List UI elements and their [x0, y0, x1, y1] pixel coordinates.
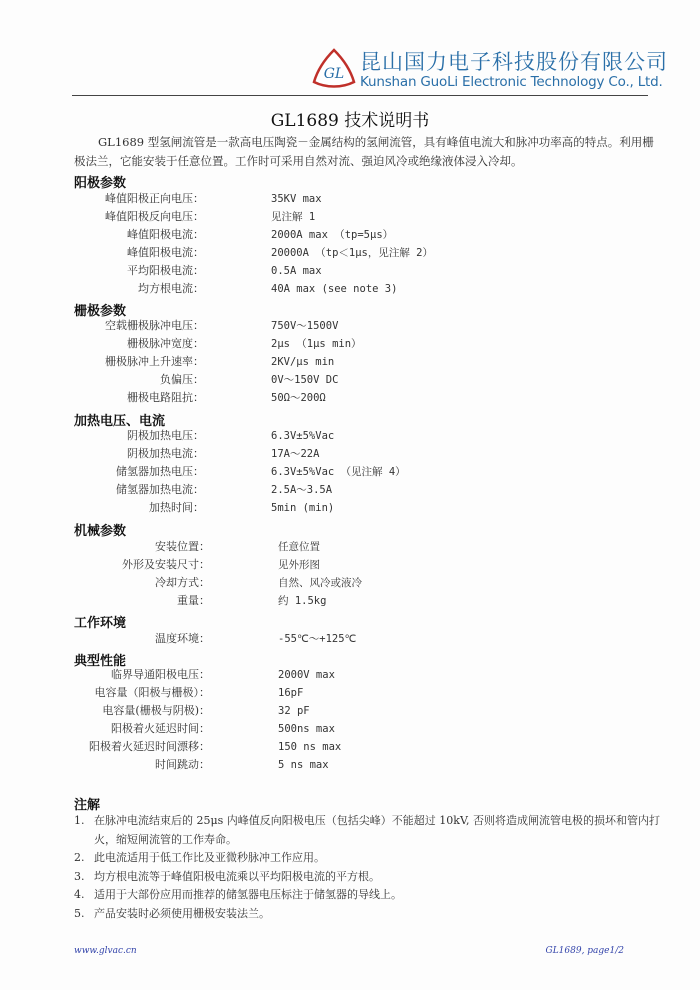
param-label: 电容量(栅极与阴极)：	[102, 702, 210, 720]
param-row: 阳极着火延迟时间漂移：150 ns max	[0, 738, 700, 756]
param-value: 500ns max	[278, 720, 335, 738]
note-number: 1.	[74, 812, 85, 831]
param-value: 2μs （1μs min）	[271, 335, 362, 353]
param-row: 储氢器加热电流：2.5A～3.5A	[0, 481, 700, 499]
param-label: 空载栅极脉冲电压：	[105, 317, 204, 335]
param-label: 储氢器加热电流：	[116, 481, 204, 499]
param-value: 见外形图	[278, 556, 320, 574]
note-text: 适用于大部份应用而推荐的储氢器电压标注于储氢器的导线上。	[94, 888, 402, 901]
notes-list: 1.在脉冲电流结束后的 25μs 内峰值反向阳极电压（包括尖峰）不能超过 10k…	[74, 812, 664, 923]
param-label: 峰值阳极电流：	[127, 244, 204, 262]
param-row: 温度环境：-55℃～+125℃	[0, 630, 700, 648]
param-label: 负偏压：	[160, 371, 204, 389]
param-row: 冷却方式：自然、风冷或液冷	[0, 574, 700, 592]
param-label: 阳极着火延迟时间：	[111, 720, 210, 738]
document-title: GL1689 技术说明书	[0, 106, 700, 131]
param-label: 峰值阳极电流：	[127, 226, 204, 244]
param-label: 电容量（阳极与栅极）：	[95, 684, 211, 702]
param-label: 峰值阳极正向电压：	[105, 190, 204, 208]
param-value: 2KV/μs min	[271, 353, 334, 371]
param-row: 均方根电流：40A max (see note 3)	[0, 280, 700, 298]
param-value: 750V～1500V	[271, 317, 338, 335]
section-title-environment: 工作环境	[74, 612, 126, 631]
param-label: 栅极电路阻抗：	[127, 389, 204, 407]
param-row: 阴极加热电流：17A～22A	[0, 445, 700, 463]
param-label: 储氢器加热电压：	[116, 463, 204, 481]
param-label: 阴极加热电压：	[127, 427, 204, 445]
param-value: 2000A max （tp=5μs）	[271, 226, 393, 244]
section-title-anode: 阳极参数	[74, 172, 126, 191]
param-value: 16pF	[278, 684, 303, 702]
param-value: 6.3V±5%Vac （见注解 4）	[271, 463, 406, 481]
param-row: 时间跳动：5 ns max	[0, 756, 700, 774]
param-row: 空载栅极脉冲电压：750V～1500V	[0, 317, 700, 335]
note-text: 均方根电流等于峰值阳极电流乘以平均阳极电流的平方根。	[94, 870, 380, 883]
param-value: 40A max (see note 3)	[271, 280, 397, 298]
note-item: 5.产品安装时必须使用栅极安装法兰。	[74, 905, 664, 924]
param-value: 自然、风冷或液冷	[278, 574, 362, 592]
footer-website-link[interactable]: www.glvac.cn	[74, 946, 137, 956]
note-number: 3.	[74, 868, 85, 887]
param-label: 栅极脉冲宽度：	[127, 335, 204, 353]
param-label: 阳极着火延迟时间漂移：	[89, 738, 210, 756]
param-value: 5 ns max	[278, 756, 329, 774]
note-number: 4.	[74, 886, 85, 905]
note-item: 3.均方根电流等于峰值阳极电流乘以平均阳极电流的平方根。	[74, 868, 664, 887]
param-row: 峰值阳极电流：20000A （tp＜1μs，见注解 2）	[0, 244, 700, 262]
param-row: 电容量(栅极与阴极)：32 pF	[0, 702, 700, 720]
param-label: 冷却方式：	[155, 574, 210, 592]
param-row: 峰值阳极反向电压：见注解 1	[0, 208, 700, 226]
note-text: 产品安装时必须使用栅极安装法兰。	[94, 907, 270, 920]
param-value: 20000A （tp＜1μs，见注解 2）	[271, 244, 433, 262]
param-row: 储氢器加热电压：6.3V±5%Vac （见注解 4）	[0, 463, 700, 481]
param-value: 见注解 1	[271, 208, 315, 226]
note-text: 此电流适用于低工作比及亚微秒脉冲工作应用。	[94, 851, 325, 864]
intro-text: GL1689 型氢闸流管是一款高电压陶瓷－金属结构的氢闸流管，具有峰值电流大和脉…	[74, 133, 654, 171]
param-row: 重量：约 1.5kg	[0, 592, 700, 610]
company-logo-icon: GL	[312, 48, 356, 88]
note-item: 1.在脉冲电流结束后的 25μs 内峰值反向阳极电压（包括尖峰）不能超过 10k…	[74, 812, 664, 849]
param-value: 0V～150V DC	[271, 371, 338, 389]
param-label: 安装位置：	[155, 538, 210, 556]
param-label: 均方根电流：	[138, 280, 204, 298]
param-row: 阴极加热电压：6.3V±5%Vac	[0, 427, 700, 445]
param-row: 栅极脉冲上升速率：2KV/μs min	[0, 353, 700, 371]
param-label: 栅极脉冲上升速率：	[105, 353, 204, 371]
note-item: 4.适用于大部份应用而推荐的储氢器电压标注于储氢器的导线上。	[74, 886, 664, 905]
param-row: 负偏压：0V～150V DC	[0, 371, 700, 389]
param-value: 17A～22A	[271, 445, 319, 463]
param-row: 阳极着火延迟时间：500ns max	[0, 720, 700, 738]
svg-text:GL: GL	[324, 66, 344, 82]
footer-page-number: GL1689, page1/2	[546, 946, 625, 956]
section-title-notes: 注解	[74, 794, 100, 813]
param-label: 外形及安装尺寸：	[122, 556, 210, 574]
company-name-cn: 昆山国力电子科技股份有限公司	[360, 46, 668, 76]
param-value: 约 1.5kg	[278, 592, 326, 610]
param-value: 6.3V±5%Vac	[271, 427, 334, 445]
header-divider	[72, 95, 648, 96]
param-value: 2.5A～3.5A	[271, 481, 332, 499]
param-label: 平均阳极电流：	[127, 262, 204, 280]
param-label: 时间跳动：	[155, 756, 210, 774]
param-label: 临界导通阳极电压：	[111, 666, 210, 684]
company-name-en: Kunshan GuoLi Electronic Technology Co.,…	[360, 74, 663, 90]
param-row: 栅极脉冲宽度：2μs （1μs min）	[0, 335, 700, 353]
param-row: 外形及安装尺寸：见外形图	[0, 556, 700, 574]
note-number: 5.	[74, 905, 85, 924]
param-label: 阴极加热电流：	[127, 445, 204, 463]
param-value: 0.5A max	[271, 262, 322, 280]
param-row: 加热时间：5min (min)	[0, 499, 700, 517]
param-row: 平均阳极电流：0.5A max	[0, 262, 700, 280]
param-value: 2000V max	[278, 666, 335, 684]
param-value: 32 pF	[278, 702, 310, 720]
param-row: 电容量（阳极与栅极）：16pF	[0, 684, 700, 702]
note-number: 2.	[74, 849, 85, 868]
document-header: GL 昆山国力电子科技股份有限公司 Kunshan GuoLi Electron…	[0, 0, 700, 100]
note-text: 在脉冲电流结束后的 25μs 内峰值反向阳极电压（包括尖峰）不能超过 10kV,…	[94, 814, 660, 846]
param-value: 35KV max	[271, 190, 322, 208]
param-row: 栅极电路阻抗：50Ω～200Ω	[0, 389, 700, 407]
param-value: 5min (min)	[271, 499, 334, 517]
param-label: 重量：	[177, 592, 210, 610]
param-row: 临界导通阳极电压：2000V max	[0, 666, 700, 684]
param-row: 峰值阳极正向电压：35KV max	[0, 190, 700, 208]
note-item: 2.此电流适用于低工作比及亚微秒脉冲工作应用。	[74, 849, 664, 868]
param-label: 峰值阳极反向电压：	[105, 208, 204, 226]
param-row: 峰值阳极电流：2000A max （tp=5μs）	[0, 226, 700, 244]
intro-paragraph: GL1689 型氢闸流管是一款高电压陶瓷－金属结构的氢闸流管，具有峰值电流大和脉…	[74, 133, 654, 171]
section-title-mechanical: 机械参数	[74, 520, 126, 539]
param-label: 温度环境：	[155, 630, 210, 648]
param-value: 任意位置	[278, 538, 320, 556]
param-value: -55℃～+125℃	[278, 630, 356, 648]
param-label: 加热时间：	[149, 499, 204, 517]
param-value: 50Ω～200Ω	[271, 389, 326, 407]
param-row: 安装位置：任意位置	[0, 538, 700, 556]
param-value: 150 ns max	[278, 738, 341, 756]
